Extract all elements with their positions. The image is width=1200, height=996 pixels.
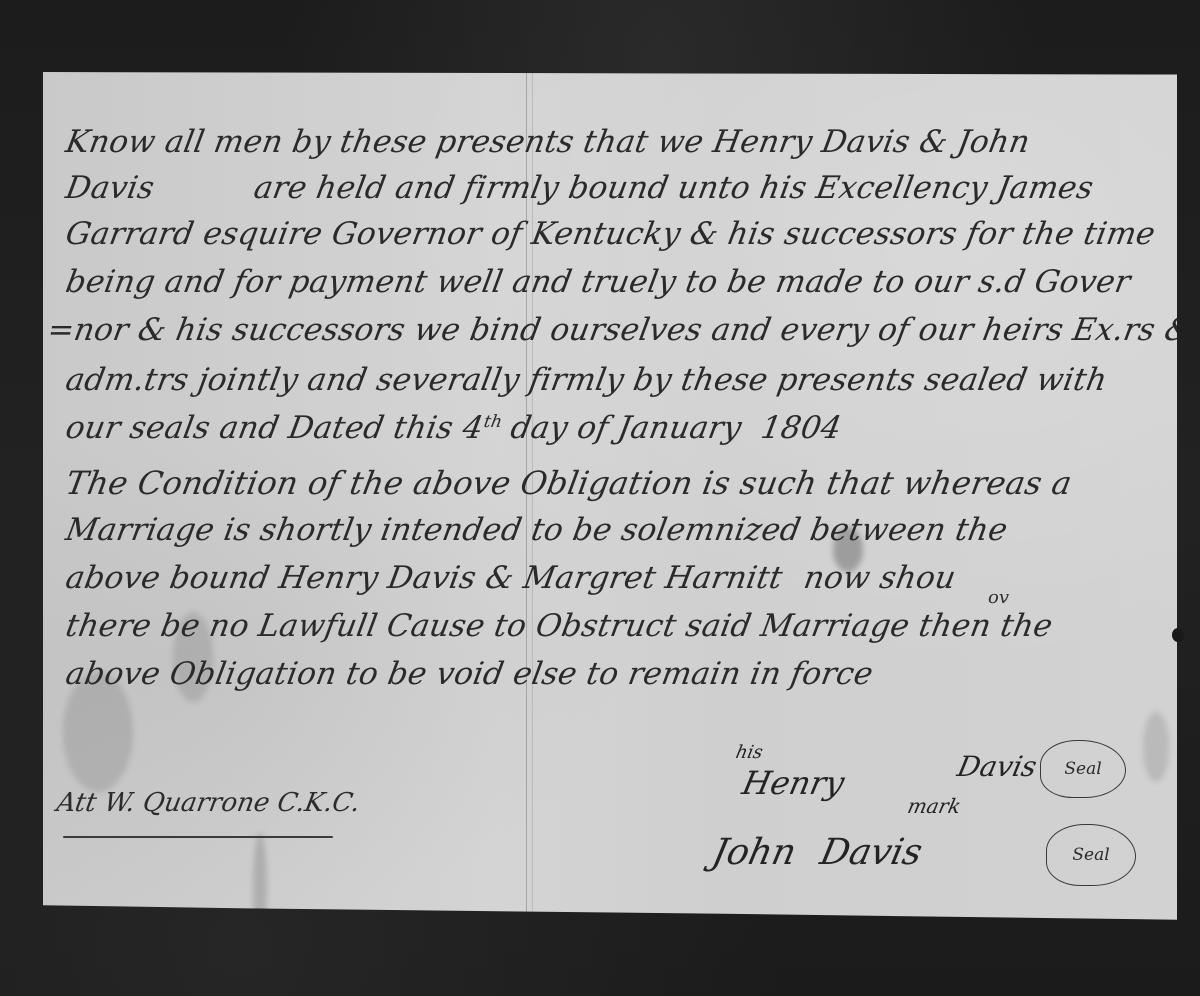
attestation-underline <box>63 836 333 838</box>
date-suffix: day of January 1804 <box>498 410 844 446</box>
sig-his-label: his <box>734 742 765 763</box>
edge-ink-blot <box>1172 628 1184 642</box>
text-line-12: above Obligation to be void else to rema… <box>63 656 876 692</box>
date-prefix: our seals and Dated this 4 <box>63 410 486 446</box>
document-sheet: Know all men by these presents that we H… <box>43 72 1177 924</box>
text-line-7: our seals and Dated this 4th day of Janu… <box>63 410 844 446</box>
text-line-2: Davis are held and firmly bound unto his… <box>63 170 1096 206</box>
line-10-continuation: now shou <box>801 560 958 596</box>
seal-label: Seal <box>1064 759 1101 779</box>
text-line-6: adm.trs jointly and severally firmly by … <box>63 362 1110 398</box>
text-line-8: The Condition of the above Obligation is… <box>63 464 1075 502</box>
sig-john-davis: John Davis <box>709 832 926 873</box>
seal-john: Seal <box>1046 824 1136 886</box>
text-line-10: above bound Henry Davis & Margret Harnit… <box>63 560 959 596</box>
seal-label: Seal <box>1072 845 1109 865</box>
text-line-9: Marriage is shortly intended to be solem… <box>63 512 1010 548</box>
text-line-11: there be no Lawfull Cause to Obstruct sa… <box>63 608 1055 644</box>
text-line-5: =nor & his successors we bind ourselves … <box>45 312 1196 348</box>
sig-henry-last-name: Davis <box>954 750 1039 783</box>
text-line-3: Garrard esquire Governor of Kentucky & h… <box>63 216 1158 252</box>
sig-mark-label: mark <box>905 794 963 818</box>
seal-henry: Seal <box>1040 740 1126 798</box>
ink-stain <box>1143 712 1169 782</box>
text-line-4: being and for payment well and truely to… <box>63 264 1133 300</box>
text-line-1: Know all men by these presents that we H… <box>63 124 1033 160</box>
attestation-signature: Att W. Quarrone C.K.C. <box>54 788 362 818</box>
line-10-text: above bound Henry Davis & Margret Harnit… <box>63 560 785 596</box>
sig-henry-first-name: Henry <box>739 764 848 802</box>
insertion-mark: ov <box>988 587 1009 608</box>
